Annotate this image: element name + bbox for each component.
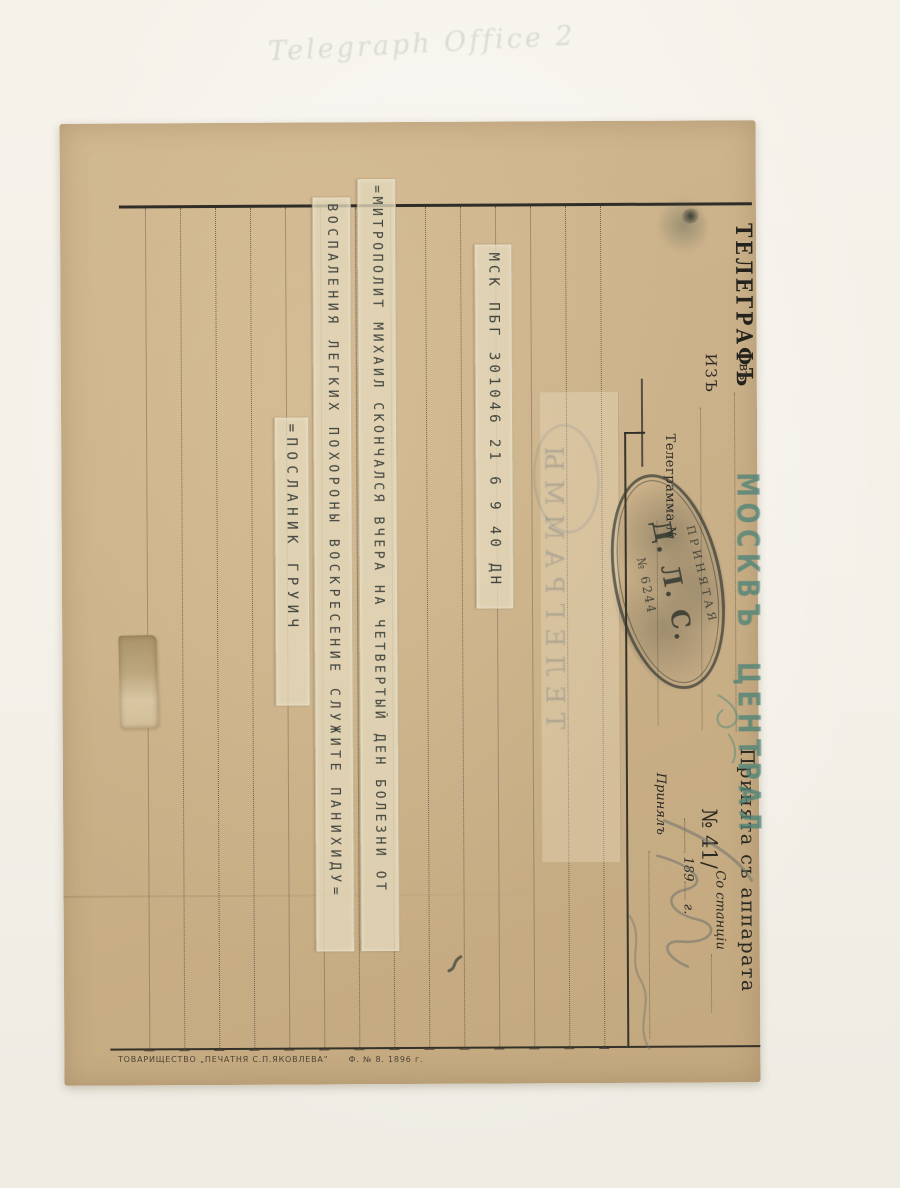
mount-pencil-note: Telegraph Office 2 <box>267 16 668 68</box>
telegram-sheet: ТЕЛЕГРАФЪ въ ИЗЪ Телеграмма № Принята съ… <box>59 120 760 1086</box>
scan-background: { "mount": { "pencil_note": "Telegraph O… <box>0 0 900 1188</box>
pencil-annotations <box>59 120 760 1084</box>
imprint-form-ref: Ф. № 8. 1896 г. <box>349 1055 424 1064</box>
imprint-publisher: ТОВАРИЩЕСТВО „ПЕЧАТНЯ С.П.ЯКОВЛЕВА“ <box>118 1055 329 1064</box>
tape-remnant <box>118 635 158 729</box>
telegram-form-rotated: ТЕЛЕГРАФЪ въ ИЗЪ Телеграмма № Принята съ… <box>59 120 760 1084</box>
printer-imprint: ТОВАРИЩЕСТВО „ПЕЧАТНЯ С.П.ЯКОВЛЕВА“Ф. № … <box>118 1055 538 1064</box>
small-ink-mark <box>449 957 461 971</box>
